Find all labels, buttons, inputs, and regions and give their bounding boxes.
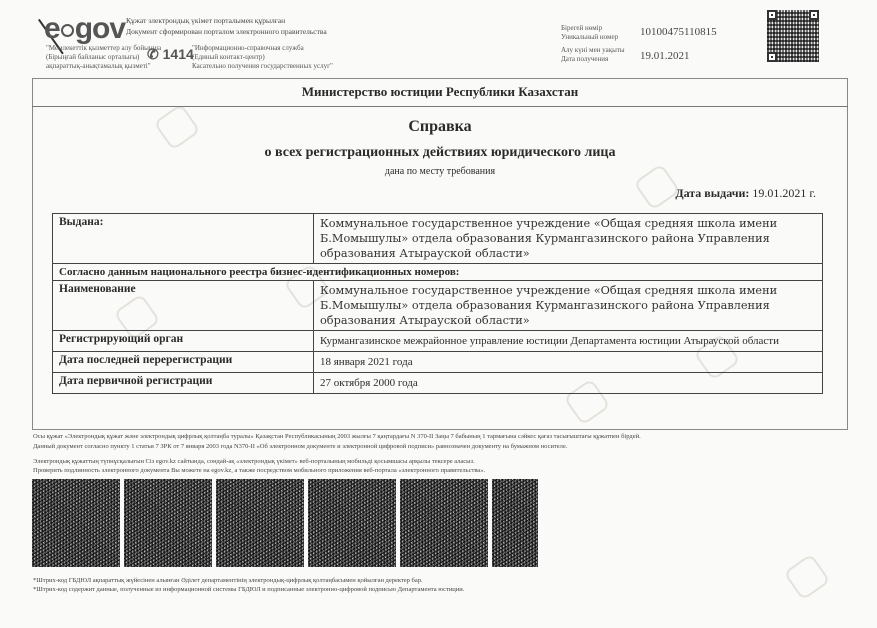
unique-number-label: Бірегей нөмір Уникальный номер <box>561 24 618 42</box>
barcode-6 <box>492 479 538 567</box>
last-reregistration-label: Дата последней перерегистрации <box>53 352 314 373</box>
unique-number: 10100475110815 <box>640 26 717 38</box>
issue-date: Дата выдачи: 19.01.2021 г. <box>600 186 816 201</box>
registering-body-label: Регистрирующий орган <box>53 331 314 352</box>
name-label: Наименование <box>53 281 314 331</box>
egov-logo: egov <box>44 14 125 44</box>
issued-to-label: Выдана: <box>53 214 314 264</box>
portal-note: Құжат электрондық үкімет порталымен құры… <box>126 15 327 37</box>
service-info-ru: "Информационно-справочная служба (Единый… <box>192 44 333 71</box>
phone-icon: ✆ <box>147 46 159 62</box>
watermark-ornament-icon <box>783 553 830 600</box>
verify-note-kz: Электрондық құжаттың түпнұсқалығын Сіз e… <box>33 457 475 466</box>
barcode-note-ru: *Штрих-код содержит данные, полученные и… <box>33 585 464 594</box>
table-row: Дата первичной регистрации 27 октября 20… <box>53 373 823 394</box>
document-purpose: дана по месту требования <box>32 166 848 177</box>
barcode-note-kz: *Штрих-код ГБДЮЛ ақпараттық жүйесінен ал… <box>33 576 423 585</box>
table-row: Согласно данным национального реестра би… <box>53 264 823 281</box>
ministry-heading: Министерство юстиции Республики Казахста… <box>32 84 848 100</box>
registration-table: Выдана: Коммунальное государственное учр… <box>52 213 823 394</box>
document-title: Справка <box>32 118 848 136</box>
registering-body-value: Курмангазинское межрайонное управление ю… <box>314 331 823 352</box>
barcode-1 <box>32 479 120 567</box>
table-row: Регистрирующий орган Курмангазинское меж… <box>53 331 823 352</box>
barcode-4 <box>308 479 396 567</box>
initial-registration-label: Дата первичной регистрации <box>53 373 314 394</box>
date-received: 19.01.2021 <box>640 50 690 62</box>
service-info-kz: "Мемлекеттік қызметтер алу бойынша (Біры… <box>46 44 161 71</box>
legal-note-ru: Данный документ согласно пункту 1 статьи… <box>33 442 567 451</box>
table-row: Наименование Коммунальное государственно… <box>53 281 823 331</box>
verify-note-ru: Проверить подлинность электронного докум… <box>33 466 485 475</box>
initial-registration-value: 27 октября 2000 года <box>314 373 823 394</box>
last-reregistration-value: 18 января 2021 года <box>314 352 823 373</box>
document-subtitle: о всех регистрационных действиях юридиче… <box>32 145 848 161</box>
contact-phone: ✆ 1414 <box>147 46 194 63</box>
barcode-2 <box>124 479 212 567</box>
name-value: Коммунальное государственное учреждение … <box>314 281 823 331</box>
portal-note-kz: Құжат электрондық үкімет порталымен құры… <box>126 15 327 26</box>
table-row: Дата последней перерегистрации 18 января… <box>53 352 823 373</box>
heading-divider <box>32 106 848 107</box>
legal-note-kz: Осы құжат «Электрондық құжат және электр… <box>33 432 641 441</box>
certificate-page: egov Құжат электрондық үкімет порталымен… <box>0 0 877 628</box>
table-row: Выдана: Коммунальное государственное учр… <box>53 214 823 264</box>
registry-header: Согласно данным национального реестра би… <box>53 264 823 281</box>
portal-note-ru: Документ сформирован порталом электронно… <box>126 26 327 37</box>
barcode-5 <box>400 479 488 567</box>
date-received-label: Алу күні мен уақыты Дата получения <box>561 46 625 64</box>
issued-to-value: Коммунальное государственное учреждение … <box>314 214 823 264</box>
qr-code <box>767 10 819 62</box>
barcode-3 <box>216 479 304 567</box>
